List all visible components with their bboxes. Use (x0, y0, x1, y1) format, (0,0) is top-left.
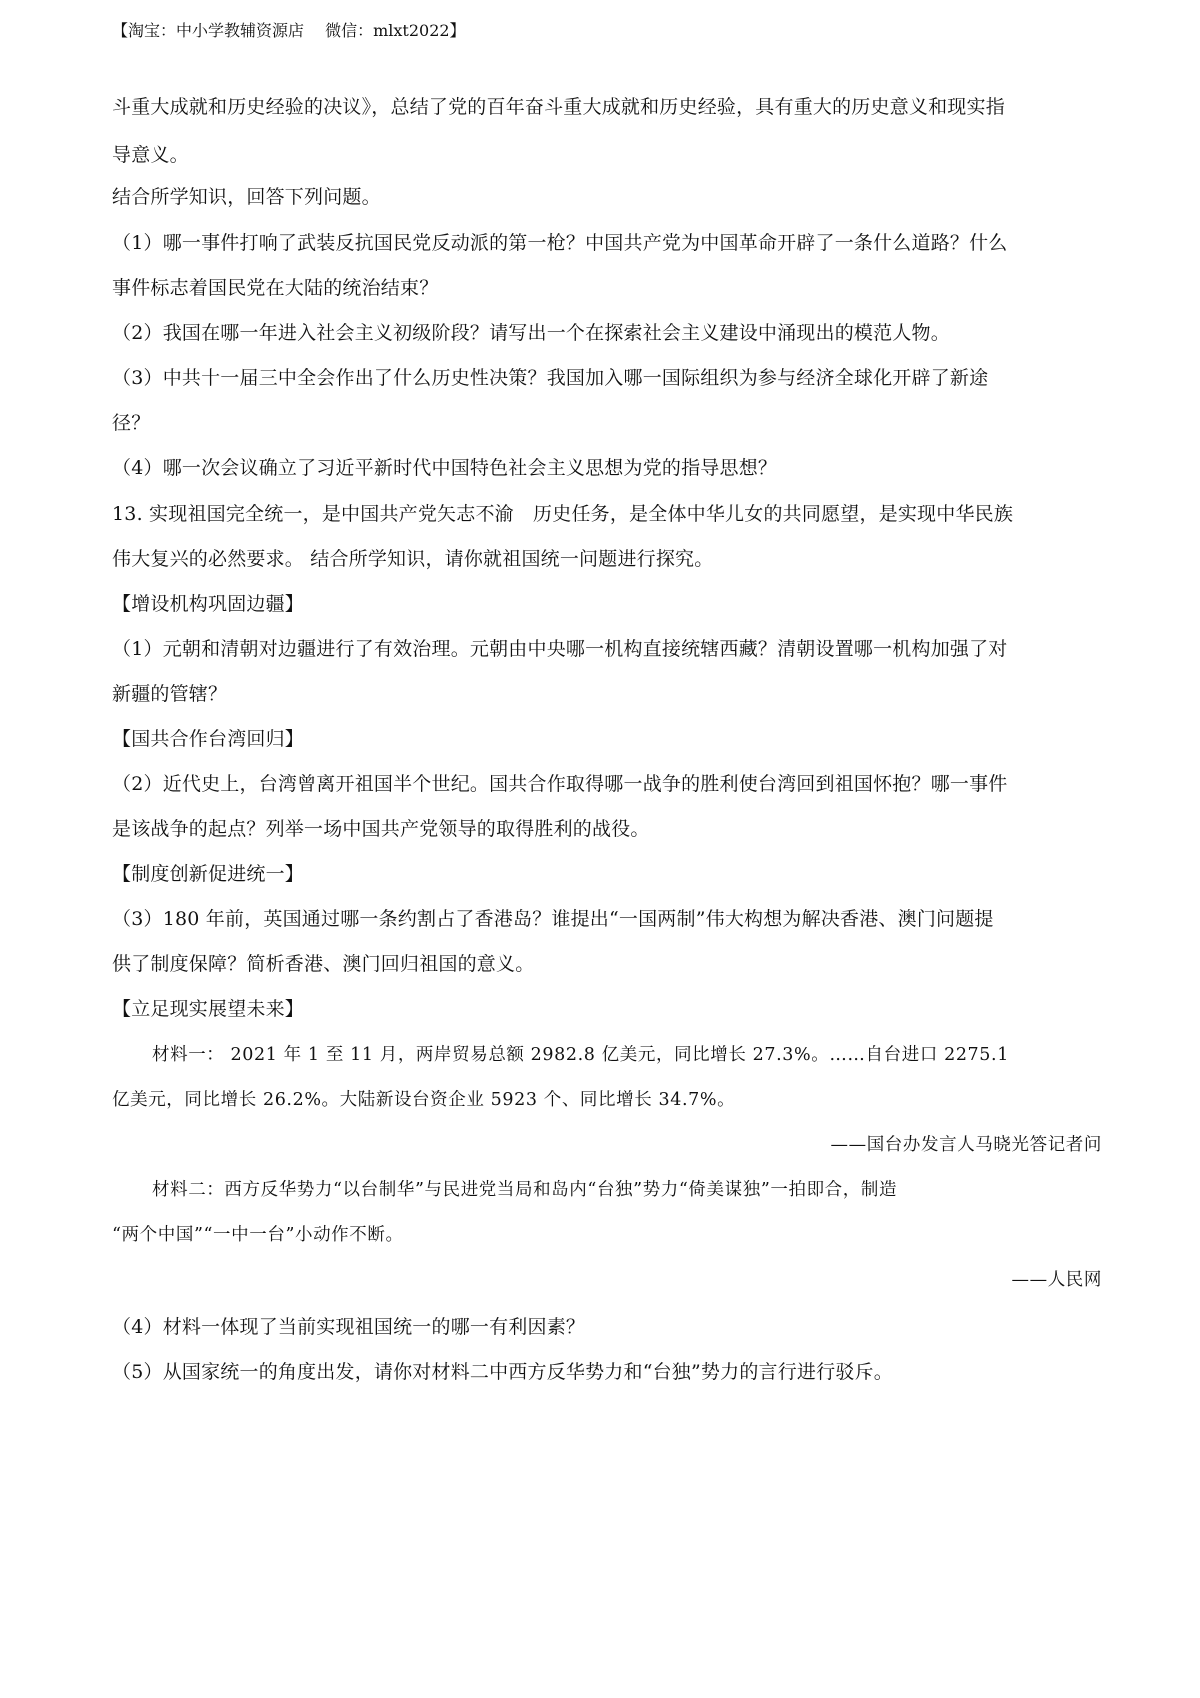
q13-question-5: （5）从国家统一的角度出发，请你对材料二中西方反华势力和“台独”势力的言行进行驳… (112, 1357, 893, 1384)
material-1-line-1: 材料一： 2021 年 1 至 11 月，两岸贸易总额 2982.8 亿美元，同… (152, 1041, 1009, 1066)
q12-question-1-line-2: 事件标志着国民党在大陆的统治结束？ (112, 273, 438, 300)
q12-intro-line-2: 导意义。 (112, 140, 189, 167)
q13-question-4: （4）材料一体现了当前实现祖国统一的哪一有利因素？ (112, 1312, 585, 1339)
q13-question-3-line-1: （3）180 年前，英国通过哪一条约割占了香港岛？谁提出“一国两制”伟大构想为解… (112, 904, 994, 931)
q13-question-1-line-2: 新疆的管辖？ (112, 679, 227, 706)
material-2-source: ——人民网 (1012, 1266, 1103, 1291)
q13-question-1-line-1: （1）元朝和清朝对边疆进行了有效治理。元朝由中央哪一机构直接统辖西藏？清朝设置哪… (112, 634, 1008, 661)
q12-question-4: （4）哪一次会议确立了习近平新时代中国特色社会主义思想为党的指导思想？ (112, 453, 777, 480)
q13-stem-line-2: 伟大复兴的必然要求。 结合所学知识，请你就祖国统一问题进行探究。 (112, 544, 713, 571)
q12-prompt: 结合所学知识，回答下列问题。 (112, 182, 381, 209)
section-title-system: 【制度创新促进统一】 (112, 859, 304, 886)
q12-question-3-line-1: （3）中共十一届三中全会作出了什么历史性决策？我国加入哪一国际组织为参与经济全球… (112, 363, 988, 390)
q12-question-1-line-1: （1）哪一事件打响了武装反抗国民党反动派的第一枪？中国共产党为中国革命开辟了一条… (112, 228, 1008, 255)
q13-question-2-line-2: 是该战争的起点？列举一场中国共产党领导的取得胜利的战役。 (112, 814, 650, 841)
page-header: 【淘宝：中小学教辅资源店 微信：mlxt2022】 (112, 18, 466, 41)
material-2-line-1: 材料二：西方反华势力“以台制华”与民进党当局和岛内“台独”势力“倚美谋独”一拍即… (152, 1176, 897, 1201)
section-title-taiwan: 【国共合作台湾回归】 (112, 724, 304, 751)
q13-question-3-line-2: 供了制度保障？简析香港、澳门回归祖国的意义。 (112, 949, 534, 976)
material-1-line-2: 亿美元，同比增长 26.2%。大陆新设台资企业 5923 个、同比增长 34.7… (112, 1086, 735, 1111)
q13-stem-line-1: 13. 实现祖国完全统一，是中国共产党矢志不渝 历史任务，是全体中华儿女的共同愿… (112, 499, 1013, 526)
q12-intro-line-1: 斗重大成就和历史经验的决议》，总结了党的百年奋斗重大成就和历史经验，具有重大的历… (112, 92, 1005, 119)
material-2-line-2: “两个中国”“一中一台”小动作不断。 (112, 1221, 404, 1246)
q12-question-2: （2）我国在哪一年进入社会主义初级阶段？请写出一个在探索社会主义建设中涌现出的模… (112, 318, 950, 345)
q13-question-2-line-1: （2）近代史上，台湾曾离开祖国半个世纪。国共合作取得哪一战争的胜利使台湾回到祖国… (112, 769, 1008, 796)
section-title-border: 【增设机构巩固边疆】 (112, 589, 304, 616)
q12-question-3-line-2: 径？ (112, 408, 150, 435)
material-1-source: ——国台办发言人马晓光答记者问 (831, 1131, 1103, 1156)
section-title-future: 【立足现实展望未来】 (112, 994, 304, 1021)
